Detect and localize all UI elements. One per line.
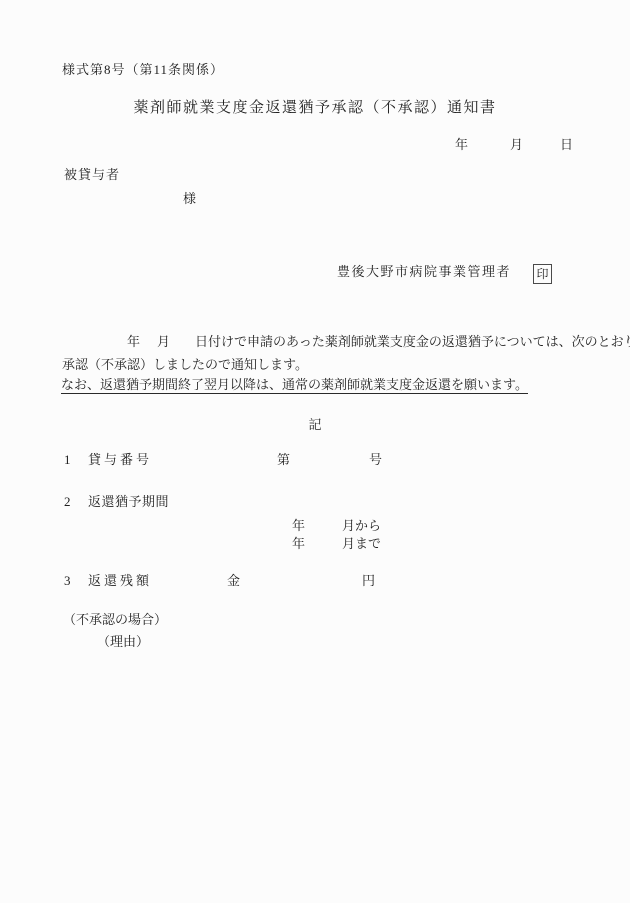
item3-unit-label: 円 (362, 574, 375, 589)
body-paragraph-line2: 承認（不承認）しましたので通知します。 (62, 358, 308, 373)
item2-to-month-label: 月まで (342, 537, 381, 552)
item1-number: 1 (64, 453, 71, 468)
body-note-text: なお、返還猶予期間終了翌月以降は、通常の薬剤師就業支度金返還を願います。 (61, 377, 528, 394)
item3-number: 3 (64, 574, 71, 589)
item1-label: 貸与番号 (88, 453, 152, 468)
date-day-label: 日 (560, 137, 573, 152)
seal-box: 印 (533, 264, 552, 284)
body-month-label: 月 (157, 334, 170, 349)
disapproval-reason-label: （理由） (97, 635, 149, 650)
addressee-honorific: 様 (183, 192, 196, 207)
item2-number: 2 (64, 495, 71, 510)
date-line: 年月日 (455, 138, 573, 153)
body-line1-text: 日付けで申請のあった薬剤師就業支度金の返還猶予については、次のとおり (195, 334, 630, 349)
date-year-label: 年 (455, 137, 468, 152)
item2-from-year-label: 年 (292, 519, 305, 534)
body-year-label: 年 (127, 334, 140, 349)
item2-label: 返還猶予期間 (88, 495, 169, 510)
item1-number-suffix: 号 (369, 453, 382, 468)
disapproval-case-label: （不承認の場合） (63, 613, 167, 628)
seal-label: 印 (536, 268, 548, 280)
item2-from-month-label: 月から (342, 519, 381, 534)
item2-to-year-label: 年 (292, 537, 305, 552)
document-page: 様式第8号（第11条関係） 薬剤師就業支度金返還猶予承認（不承認）通知書 年月日… (0, 0, 630, 903)
body-paragraph-line1: 年月日付けで申請のあった薬剤師就業支度金の返還猶予については、次のとおり (127, 335, 630, 350)
form-number: 様式第8号（第11条関係） (62, 63, 224, 78)
record-marker: 記 (0, 418, 630, 433)
document-title: 薬剤師就業支度金返還猶予承認（不承認）通知書 (0, 100, 630, 117)
item3-label: 返還残額 (88, 574, 152, 589)
item1-number-prefix: 第 (277, 453, 290, 468)
issuer-name: 豊後大野市病院事業管理者 (337, 265, 511, 280)
addressee-label: 被貸与者 (64, 168, 120, 183)
item3-currency-label: 金 (227, 574, 240, 589)
body-note-line: なお、返還猶予期間終了翌月以降は、通常の薬剤師就業支度金返還を願います。 (61, 378, 528, 393)
date-month-label: 月 (510, 137, 523, 152)
